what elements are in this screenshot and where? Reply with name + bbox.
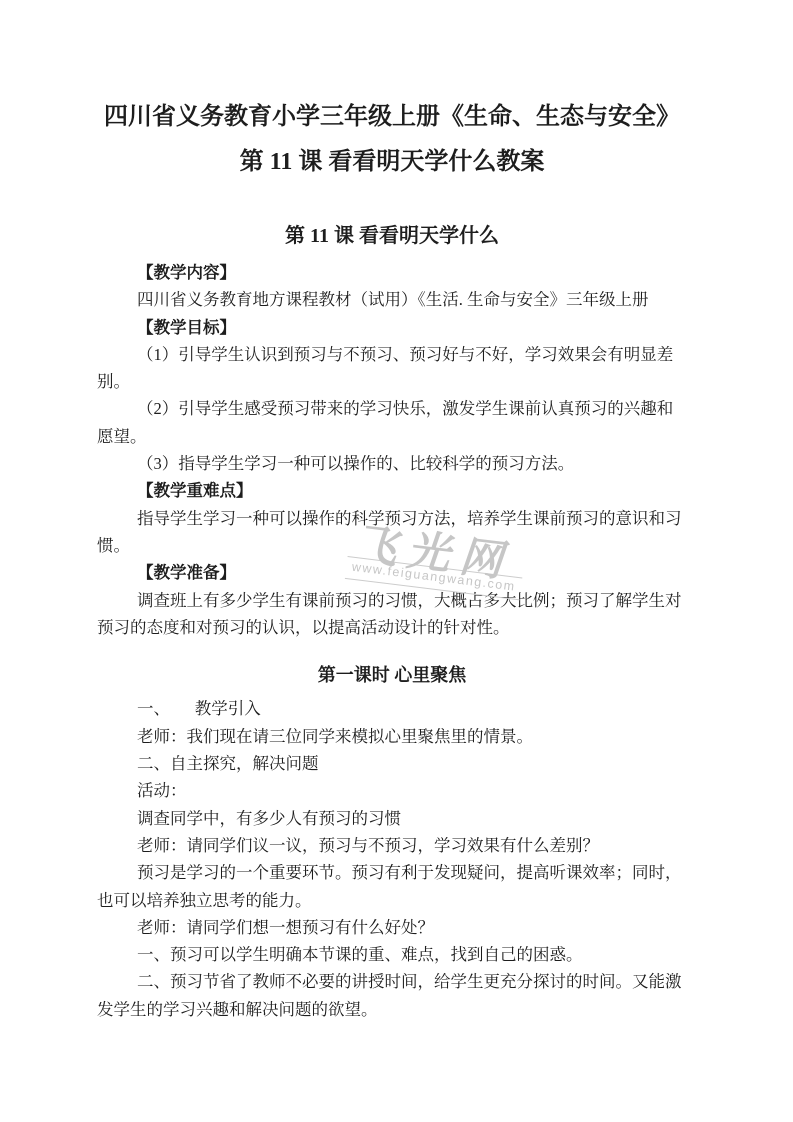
text-line: 二、自主探究，解决问题 bbox=[97, 750, 687, 777]
document-content: 四川省义务教育小学三年级上册《生命、生态与安全》 第 11 课 看看明天学什么教… bbox=[97, 95, 687, 1023]
text-line: 调查班上有多少学生有课前预习的习惯，大概占多大比例；预习了解学生对 bbox=[97, 587, 687, 614]
section-heading: 【教学准备】 bbox=[97, 559, 687, 586]
text-line: 四川省义务教育地方课程教材（试用）《生活. 生命与安全》三年级上册 bbox=[97, 286, 687, 313]
text-line: 调查同学中，有多少人有预习的习惯 bbox=[97, 805, 687, 832]
text-line-continuation: 别。 bbox=[97, 368, 687, 395]
section-heading: 【教学重难点】 bbox=[97, 477, 687, 504]
text-line-continuation: 发学生的学习兴趣和解决问题的欲望。 bbox=[97, 996, 687, 1023]
text-line: （2）引导学生感受预习带来的学习快乐，激发学生课前认真预习的兴趣和 bbox=[97, 395, 687, 422]
section-heading: 【教学内容】 bbox=[97, 259, 687, 286]
text-line: 二、预习节省了教师不必要的讲授时间，给学生更充分探讨的时间。又能激 bbox=[97, 968, 687, 995]
document-body: 【教学内容】四川省义务教育地方课程教材（试用）《生活. 生命与安全》三年级上册【… bbox=[97, 259, 687, 1023]
text-line-continuation: 惯。 bbox=[97, 532, 687, 559]
text-line: 一、预习可以学生明确本节课的重、难点，找到自己的困惑。 bbox=[97, 941, 687, 968]
document-title-line-1: 四川省义务教育小学三年级上册《生命、生态与安全》 bbox=[97, 95, 687, 140]
text-line: 指导学生学习一种可以操作的科学预习方法，培养学生课前预习的意识和习 bbox=[97, 505, 687, 532]
text-line: （3）指导学生学习一种可以操作的、比较科学的预习方法。 bbox=[97, 450, 687, 477]
document-title: 四川省义务教育小学三年级上册《生命、生态与安全》 第 11 课 看看明天学什么教… bbox=[97, 95, 687, 185]
text-line-continuation: 愿望。 bbox=[97, 423, 687, 450]
text-line-continuation: 也可以培养独立思考的能力。 bbox=[97, 887, 687, 914]
document-page: { "page": { "background": "#ffffff", "te… bbox=[0, 0, 793, 1122]
text-line: 老师：请同学们议一议，预习与不预习，学习效果有什么差别？ bbox=[97, 832, 687, 859]
text-line: 一、 教学引入 bbox=[97, 695, 687, 722]
text-line-continuation: 预习的态度和对预习的认识，以提高活动设计的针对性。 bbox=[97, 614, 687, 641]
lesson-subtitle: 第 11 课 看看明天学什么 bbox=[97, 222, 687, 250]
section-heading: 【教学目标】 bbox=[97, 314, 687, 341]
text-line: 预习是学习的一个重要环节。预习有利于发现疑问，提高听课效率；同时， bbox=[97, 859, 687, 886]
text-line: 活动： bbox=[97, 777, 687, 804]
text-line: （1）引导学生认识到预习与不预习、预习好与不好，学习效果会有明显差 bbox=[97, 341, 687, 368]
document-title-line-2: 第 11 课 看看明天学什么教案 bbox=[97, 140, 687, 185]
text-line: 老师：请同学们想一想预习有什么好处？ bbox=[97, 914, 687, 941]
session-heading: 第一课时 心里聚焦 bbox=[97, 662, 687, 689]
text-line: 老师：我们现在请三位同学来模拟心里聚焦里的情景。 bbox=[97, 723, 687, 750]
